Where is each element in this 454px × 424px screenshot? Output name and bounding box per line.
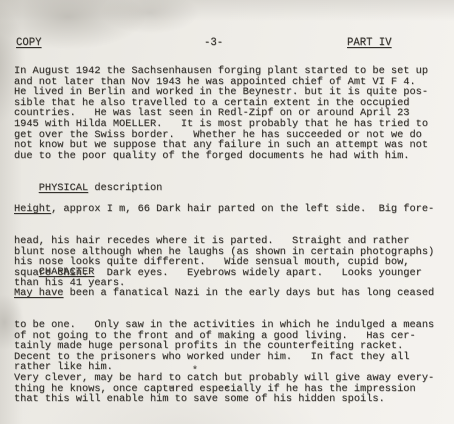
separator-asterisk-left: * (169, 386, 175, 397)
character-paragraph: May have been a fanatical Nazi in the ea… (14, 267, 434, 424)
character-first-line-rest: been a fanatical Nazi in the early days … (63, 287, 434, 299)
page-number: -3- (204, 37, 223, 49)
physical-first-line-rest: , approx I m, 66 Dark hair parted on the… (51, 203, 434, 215)
intro-paragraph: In August 1942 the Sachsenhausen forging… (14, 66, 428, 161)
character-lead-word: May have (14, 287, 63, 299)
physical-first-line: Height, approx I m, 66 Dark hair parted … (14, 204, 434, 215)
character-first-line: May have been a fanatical Nazi in the ea… (14, 288, 434, 299)
document-page: COPY -3- PART IV In August 1942 the Sach… (0, 0, 454, 424)
separator-asterisk-top: * (192, 366, 198, 377)
physical-lead-word: Height (14, 203, 51, 215)
part-label: PART IV (347, 37, 392, 49)
copy-label: COPY (16, 37, 41, 49)
separator-asterisk-right: * (224, 386, 230, 397)
